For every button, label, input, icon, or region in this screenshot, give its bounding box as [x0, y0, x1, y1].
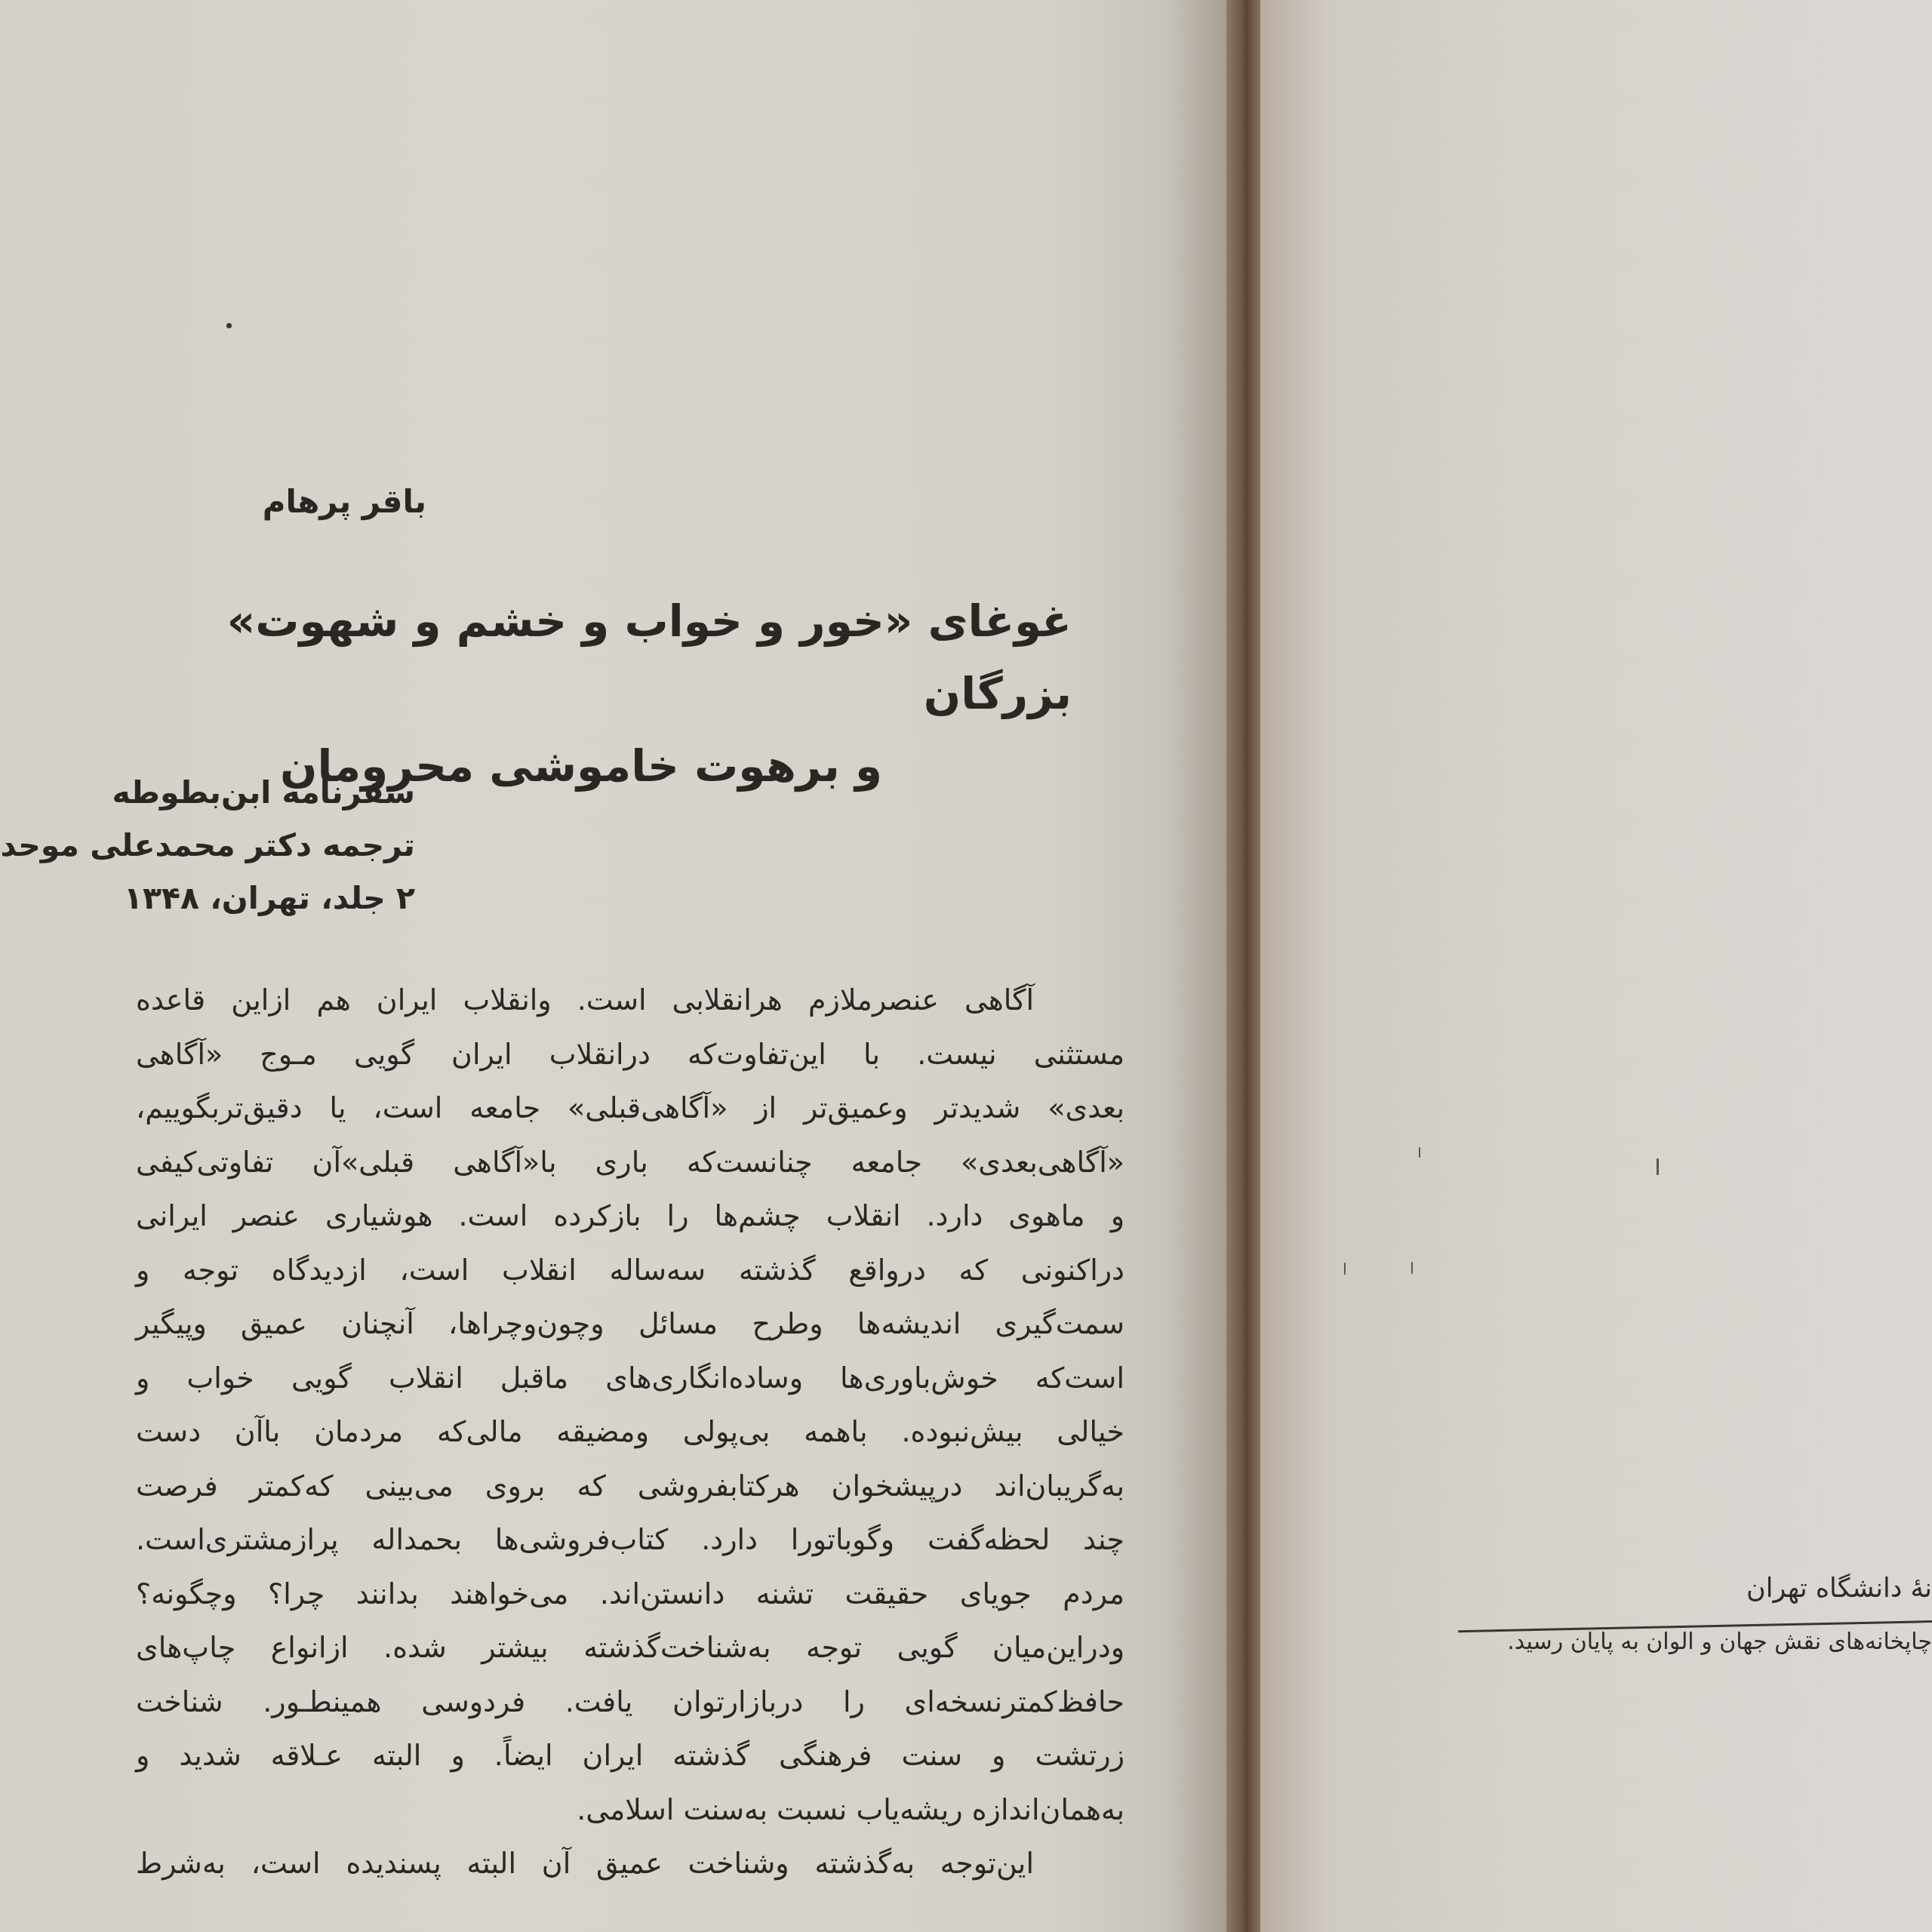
title-line-1: غوغای «خور و خواب و خشم و شهوت» بزرگان	[196, 585, 1072, 730]
body-line: آگاهی عنصرملازم هرانقلابی است. وانقلاب ا…	[136, 974, 1124, 1028]
bibliography: سفرنامه ابن‌بطوطه ترجمه دکتر محمدعلی موح…	[0, 766, 415, 924]
body-line: «آگاهی‌بعدی» جامعه چنانست‌که باری با«آگا…	[136, 1136, 1124, 1190]
body-line: به‌همان‌اندازه ریشه‌یاب نسبت به‌سنت اسلا…	[136, 1783, 1124, 1838]
book-gutter	[1226, 0, 1260, 1932]
ink-speck	[1657, 1158, 1659, 1175]
body-line: به‌گریبان‌اند درپیشخوان هرکتابفروشی که ب…	[136, 1460, 1124, 1514]
translator-publisher: ترجمه دکتر محمدعلی موحد، بنگاه ترجمه ونش…	[0, 819, 415, 872]
body-line: خیالی بیش‌نبوده. باهمه بی‌پولی ومضیقه ما…	[136, 1405, 1124, 1460]
ink-speck	[1344, 1263, 1346, 1275]
colophon-printer: چاپخانه‌های نقش جهان و الوان به پایان رس…	[1449, 1629, 1932, 1655]
ink-speck	[1411, 1262, 1413, 1274]
left-page: باقر پرهام غوغای «خور و خواب و خشم و شهو…	[0, 0, 1226, 1932]
body-line: مستثنی نیست. با این‌تفاوت‌که درانقلاب ای…	[136, 1028, 1124, 1082]
body-line: مردم جویای حقیقت تشنه دانستن‌اند. می‌خوا…	[136, 1567, 1124, 1622]
body-line: چند لحظه‌گفت وگوباتورا دارد. کتاب‌فروشی‌…	[136, 1513, 1124, 1567]
volumes-place-year: ۲ جلد، تهران، ۱۳۴۸	[0, 872, 415, 924]
body-line: حافظ‌کمترنسخه‌ای را دربازارتوان یافت. فر…	[136, 1675, 1124, 1730]
body-line: این‌توجه به‌گذشته وشناخت عمیق آن البته پ…	[136, 1837, 1124, 1891]
body-line: ودراین‌میان گویی توجه به‌شناخت‌گذشته بیش…	[136, 1621, 1124, 1675]
body-line: است‌که خوش‌باوری‌ها وساده‌انگاری‌های ماق…	[136, 1352, 1124, 1406]
colophon-publisher: نهٔ دانشگاه تهران	[1449, 1574, 1932, 1604]
body-line: و ماهوی دارد. انقلاب چشم‌ها را بازکرده ا…	[136, 1189, 1124, 1244]
body-line: زرتشت و سنت فرهنگی گذشته ایران ایضاً. و …	[136, 1729, 1124, 1783]
ink-speck	[1419, 1147, 1420, 1158]
author-name: باقر پرهام	[263, 483, 426, 520]
colophon: نهٔ دانشگاه تهران چاپخانه‌های نقش جهان و…	[1449, 1574, 1932, 1655]
body-line: بعدی» شدیدتر وعمیق‌تر از «آگاهی‌قبلی» جا…	[136, 1081, 1124, 1136]
book-title: سفرنامه ابن‌بطوطه	[0, 766, 415, 819]
body-text: آگاهی عنصرملازم هرانقلابی است. وانقلاب ا…	[136, 974, 1124, 1891]
body-line: سمت‌گیری اندیشه‌ها وطرح مسائل وچون‌وچراه…	[136, 1297, 1124, 1352]
body-line: دراکنونی که درواقع گذشته سه‌ساله انقلاب …	[136, 1244, 1124, 1298]
ink-speck	[226, 323, 232, 328]
